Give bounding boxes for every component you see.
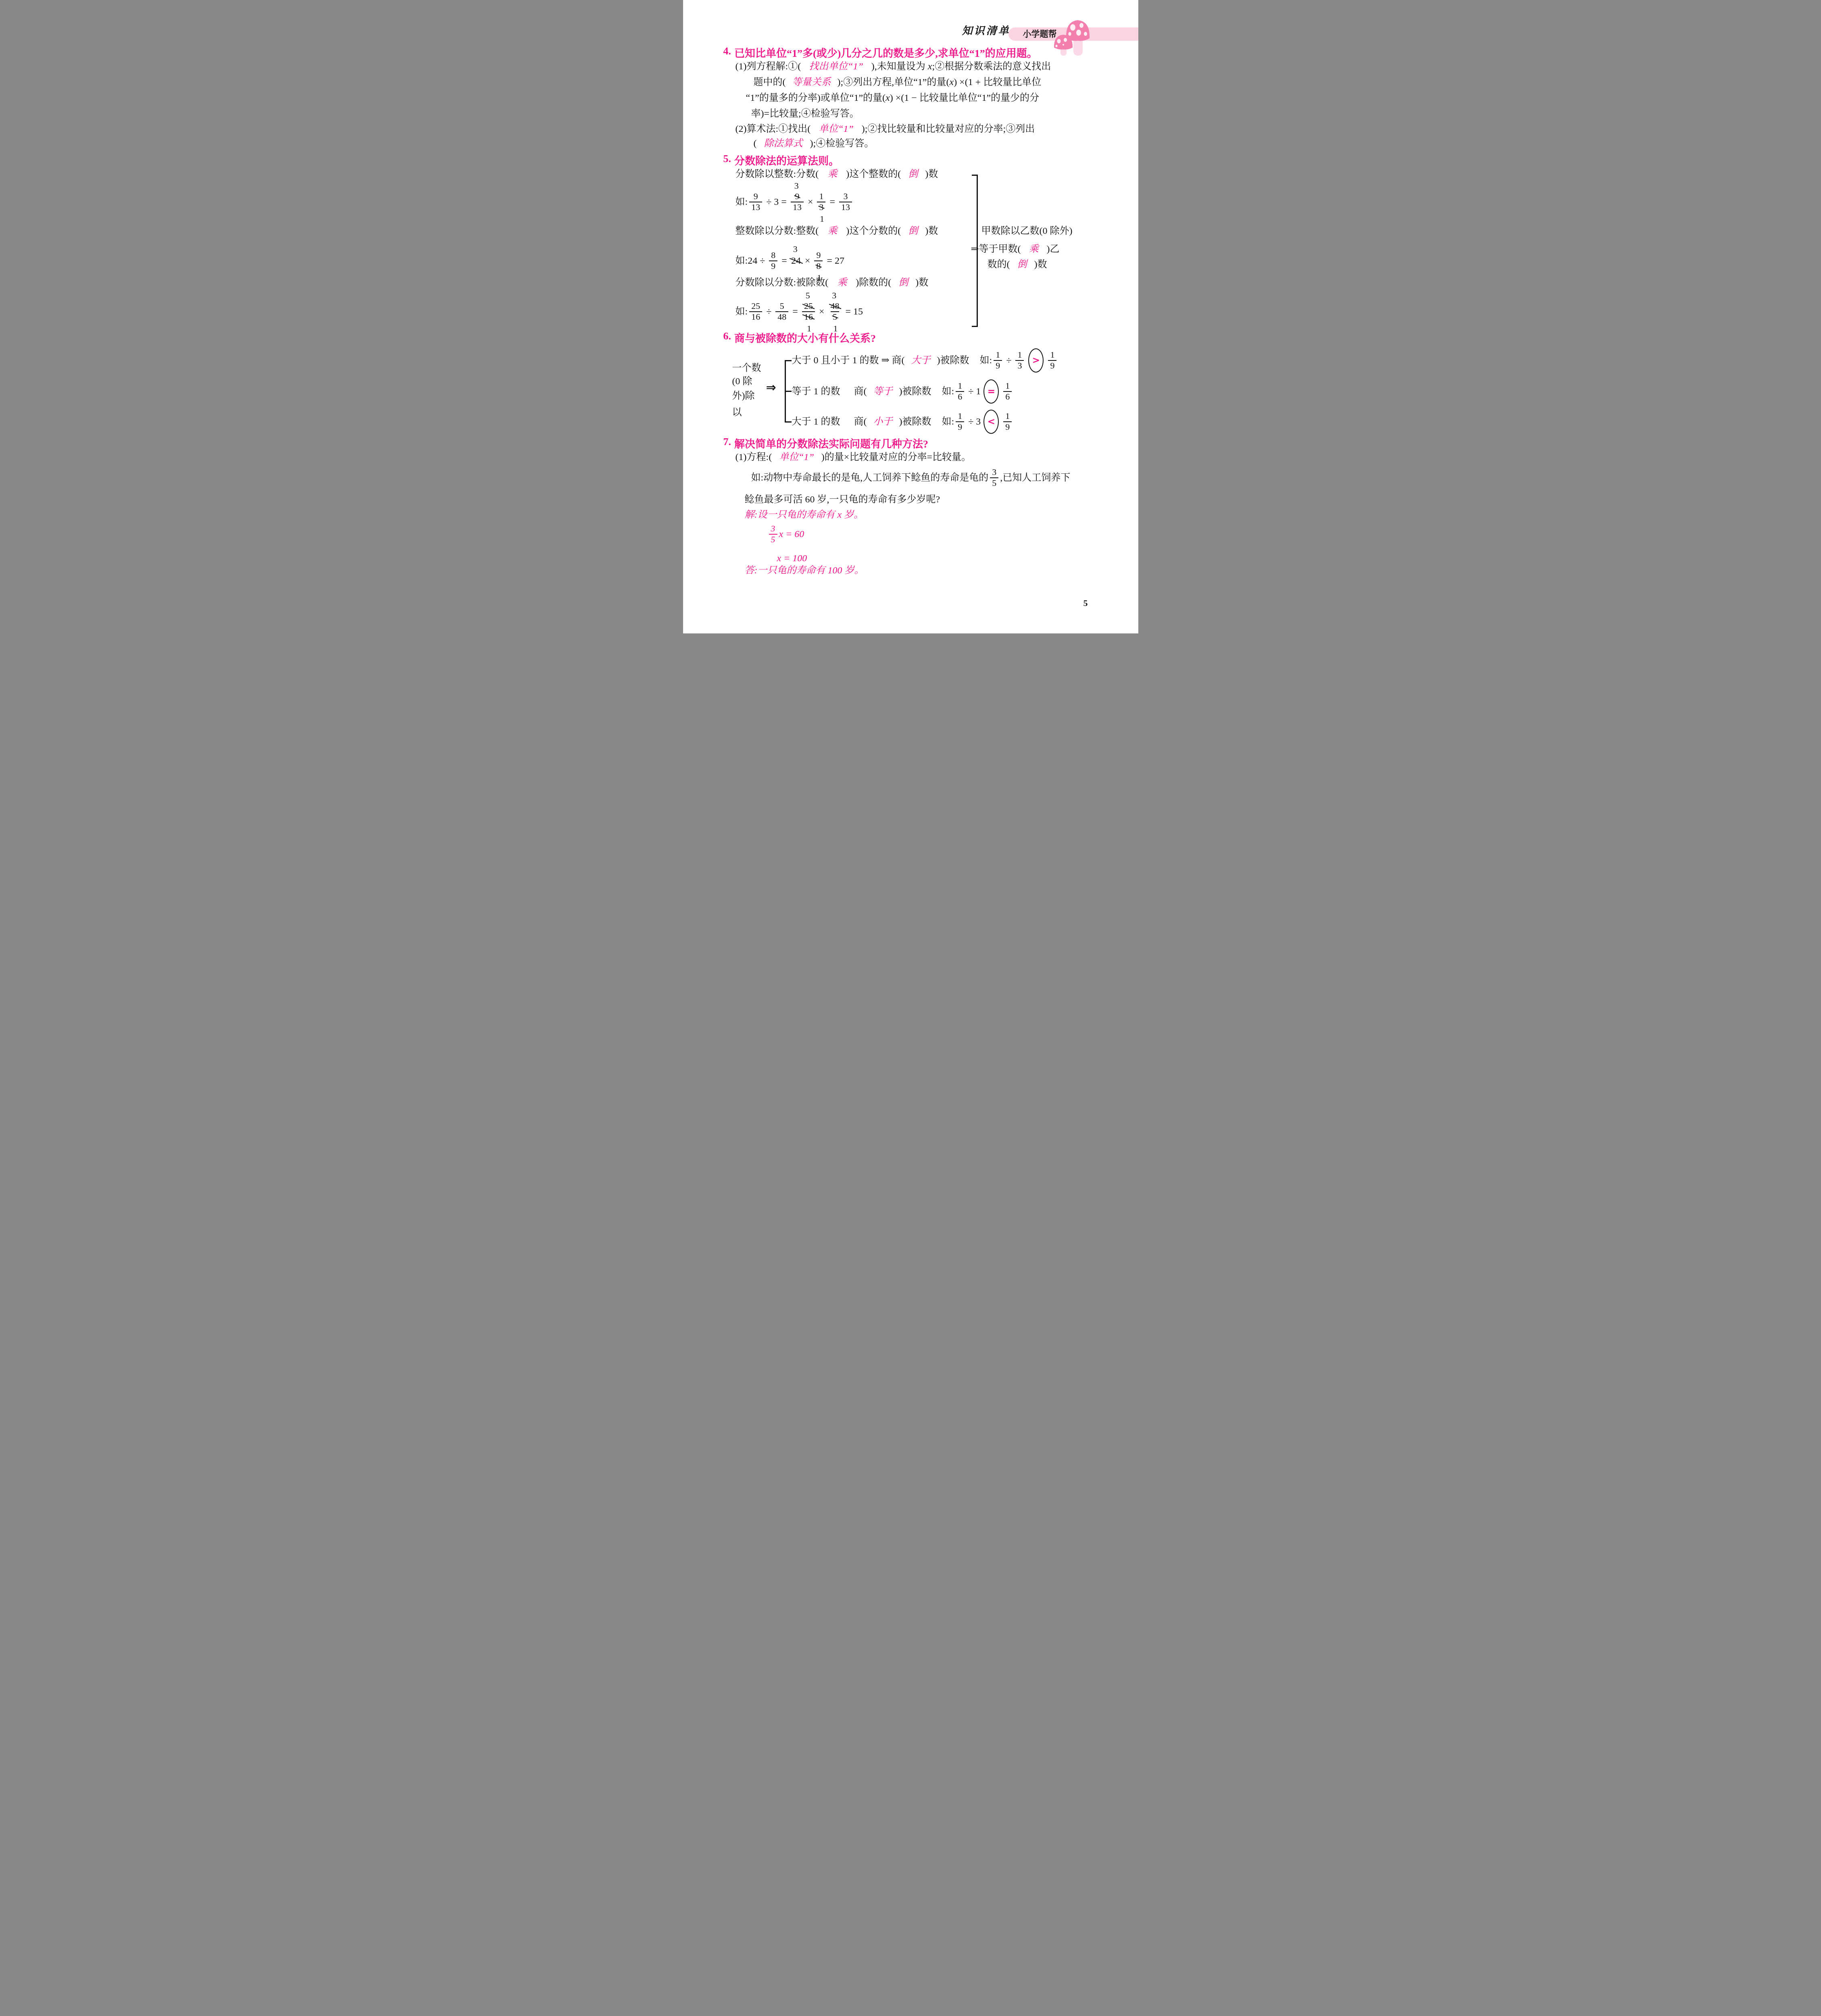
s5-example-2: 如:24÷89=324×981=27 [735, 243, 844, 279]
s7-solution-line: 解:设一只龟的寿命有 x 岁。 [745, 509, 864, 521]
section-7-title: 解决简单的分数除法实际问题有几种方法? [734, 436, 928, 451]
s4-line-6: (除法算式);④检验写答。 [754, 137, 874, 150]
workbook-page: 知识清单 小学题帮 4. 已知比单位“1”多(或少)几分之几的数是多少,求单位“… [683, 0, 1138, 633]
s7-answer-line: 答:一只龟的寿命有 100 岁。 [745, 564, 864, 577]
s5-right-line-2: ⇒等于甲数(乘)乙 [971, 243, 1060, 255]
header-section-label: 知识清单 [962, 23, 1011, 37]
section-5-number: 5. [723, 153, 731, 168]
s4-line-3: “1”的量多的分率)或单位“1”的量(x) ×(1 − 比较量比单位“1”的量少… [746, 92, 1040, 104]
s6-left-word-4: 以 [732, 406, 742, 419]
tree-tick-2 [785, 391, 792, 392]
tree-tick-3 [785, 421, 792, 423]
s7-line-1: (1)方程:(单位“1”)的量×比较量对应的分率=比较量。 [735, 451, 971, 463]
s5-right-line-3: 数的(倒)数 [988, 258, 1047, 271]
s5-right-line-1: 甲数除以乙数(0 除外) [981, 225, 1073, 237]
section-6-number: 6. [723, 330, 731, 345]
section-4-number: 4. [723, 45, 731, 60]
tree-tick-1 [785, 360, 792, 361]
section-6-heading: 6. 商与被除数的大小有什么关系? [723, 330, 876, 345]
s6-branch-1: 大于 0 且小于 1 的数 ⇒ 商(大于)被除数如:19÷13>19 [792, 348, 1058, 373]
section-5-heading: 5. 分数除法的运算法则。 [723, 153, 840, 168]
s4-line-4: 率)=比较量;④检验写答。 [751, 108, 859, 120]
s6-branch-3: 大于 1 的数商(小于)被除数如:19÷3<19 [792, 410, 1014, 434]
implies-arrow-icon: ⇒ [766, 381, 776, 395]
s4-line-2: 题中的(等量关系);③列出方程,单位“1”的量(x) ×(1 + 比较量比单位 [754, 76, 1042, 88]
s5-rule-1: 分数除以整数:分数(乘)这个整数的(倒)数 [735, 168, 938, 180]
s5-rule-2: 整数除以分数:整数(乘)这个分数的(倒)数 [735, 225, 938, 237]
s5-rule-3: 分数除以分数:被除数(乘)除数的(倒)数 [735, 277, 929, 289]
s7-line-3: 鲶鱼最多可活 60 岁,一只龟的寿命有多少岁呢? [745, 494, 940, 506]
page-number: 5 [1083, 598, 1088, 608]
s4-line-1: (1)列方程解:①(找出单位“1”),未知量设为 x;②根据分数乘法的意义找出 [735, 60, 1051, 73]
s5-example-3: 如:2516÷548=525161×34851=15 [735, 294, 863, 329]
section-6-title: 商与被除数的大小有什么关系? [734, 330, 876, 345]
s5-example-1: 如:913÷3=3913×131=313 [735, 184, 854, 220]
section-5-title: 分数除法的运算法则。 [734, 153, 839, 168]
s4-line-5: (2)算术法:①找出(单位“1”);②找比较量和比较量对应的分率;③列出 [735, 123, 1035, 135]
s6-left-word-3: 外)除 [732, 390, 755, 402]
s7-equation-line: 35x=60 [767, 523, 804, 545]
s6-branch-2: 等于 1 的数商(等于)被除数如:16÷1=16 [792, 379, 1014, 404]
section-7-number: 7. [723, 436, 731, 451]
section-4-title: 已知比单位“1”多(或少)几分之几的数是多少,求单位“1”的应用题。 [734, 45, 1038, 60]
section-4-heading: 4. 已知比单位“1”多(或少)几分之几的数是多少,求单位“1”的应用题。 [723, 45, 1038, 60]
section-7-heading: 7. 解决简单的分数除法实际问题有几种方法? [723, 436, 929, 451]
s6-left-word-2: (0 除 [732, 375, 752, 387]
s7-line-2: 如:动物中寿命最长的是龟,人工饲养下鲶鱼的寿命是龟的35,已知人工饲养下 [751, 467, 1071, 489]
mushroom-icon [1052, 18, 1091, 56]
s6-left-word-1: 一个数 [732, 362, 761, 374]
s7-result-line: x=100 [777, 552, 807, 564]
